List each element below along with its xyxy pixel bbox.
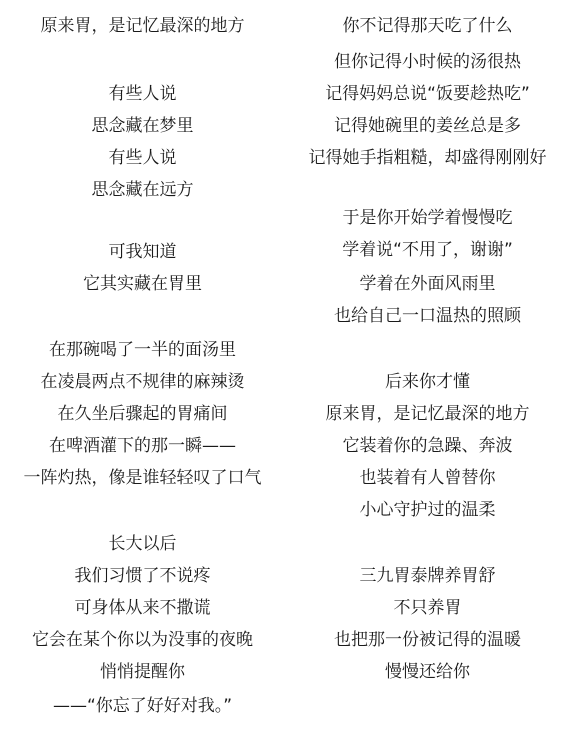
- poem-line: 也装着有人曾替你: [285, 467, 570, 489]
- poem-line: 你不记得那天吃了什么: [285, 15, 570, 37]
- poem-left-column: 原来胃，是记忆最深的地方有些人说思念藏在梦里有些人说思念藏在远方可我知道它其实藏…: [0, 0, 285, 732]
- poem-line: 思念藏在远方: [0, 179, 285, 201]
- poem-line: 原来胃，是记忆最深的地方: [0, 15, 285, 37]
- poem-line: 慢慢还给你: [285, 661, 570, 683]
- poem-line: 学着说“不用了，谢谢”: [285, 239, 570, 261]
- poem-line: 不只养胃: [285, 597, 570, 619]
- poem-line: 于是你开始学着慢慢吃: [285, 207, 570, 229]
- poem-line: 在凌晨两点不规律的麻辣烫: [0, 371, 285, 393]
- poem-line: 可身体从来不撒谎: [0, 597, 285, 619]
- poem-line: 在那碗喝了一半的面汤里: [0, 339, 285, 361]
- poem-right-column: 你不记得那天吃了什么但你记得小时候的汤很热记得妈妈总说“饭要趁热吃”记得她碗里的…: [285, 0, 570, 732]
- poem-line: 长大以后: [0, 533, 285, 555]
- poem-line: 在久坐后骤起的胃痛间: [0, 403, 285, 425]
- poem-line: 有些人说: [0, 147, 285, 169]
- poem-line: 后来你才懂: [285, 371, 570, 393]
- poem-line: 也给自己一口温热的照顾: [285, 305, 570, 327]
- poem-line: 可我知道: [0, 241, 285, 263]
- poem-line: 但你记得小时候的汤很热: [285, 51, 570, 73]
- poem-line: 悄悄提醒你: [0, 661, 285, 683]
- poem-line: 有些人说: [0, 83, 285, 105]
- poem-line: 记得她手指粗糙，却盛得刚刚好: [285, 147, 570, 169]
- poem-line: 记得妈妈总说“饭要趁热吃”: [285, 83, 570, 105]
- poem-line: 思念藏在梦里: [0, 115, 285, 137]
- poem-line: 它会在某个你以为没事的夜晚: [0, 629, 285, 651]
- poem-line: 学着在外面风雨里: [285, 273, 570, 295]
- poem-line: ——“你忘了好好对我。”: [0, 695, 285, 717]
- poem-line: 它其实藏在胃里: [0, 273, 285, 295]
- poem-line: 它装着你的急躁、奔波: [285, 435, 570, 457]
- poem-line: 原来胃，是记忆最深的地方: [285, 403, 570, 425]
- poem-line: 一阵灼热，像是谁轻轻叹了口气: [0, 467, 285, 489]
- poem-line: 小心守护过的温柔: [285, 499, 570, 521]
- poem-line: 三九胃泰牌养胃舒: [285, 565, 570, 587]
- poem-line: 我们习惯了不说疼: [0, 565, 285, 587]
- poem-line: 记得她碗里的姜丝总是多: [285, 115, 570, 137]
- poem-line: 在啤酒灌下的那一瞬——: [0, 435, 285, 457]
- poem-line: 也把那一份被记得的温暖: [285, 629, 570, 651]
